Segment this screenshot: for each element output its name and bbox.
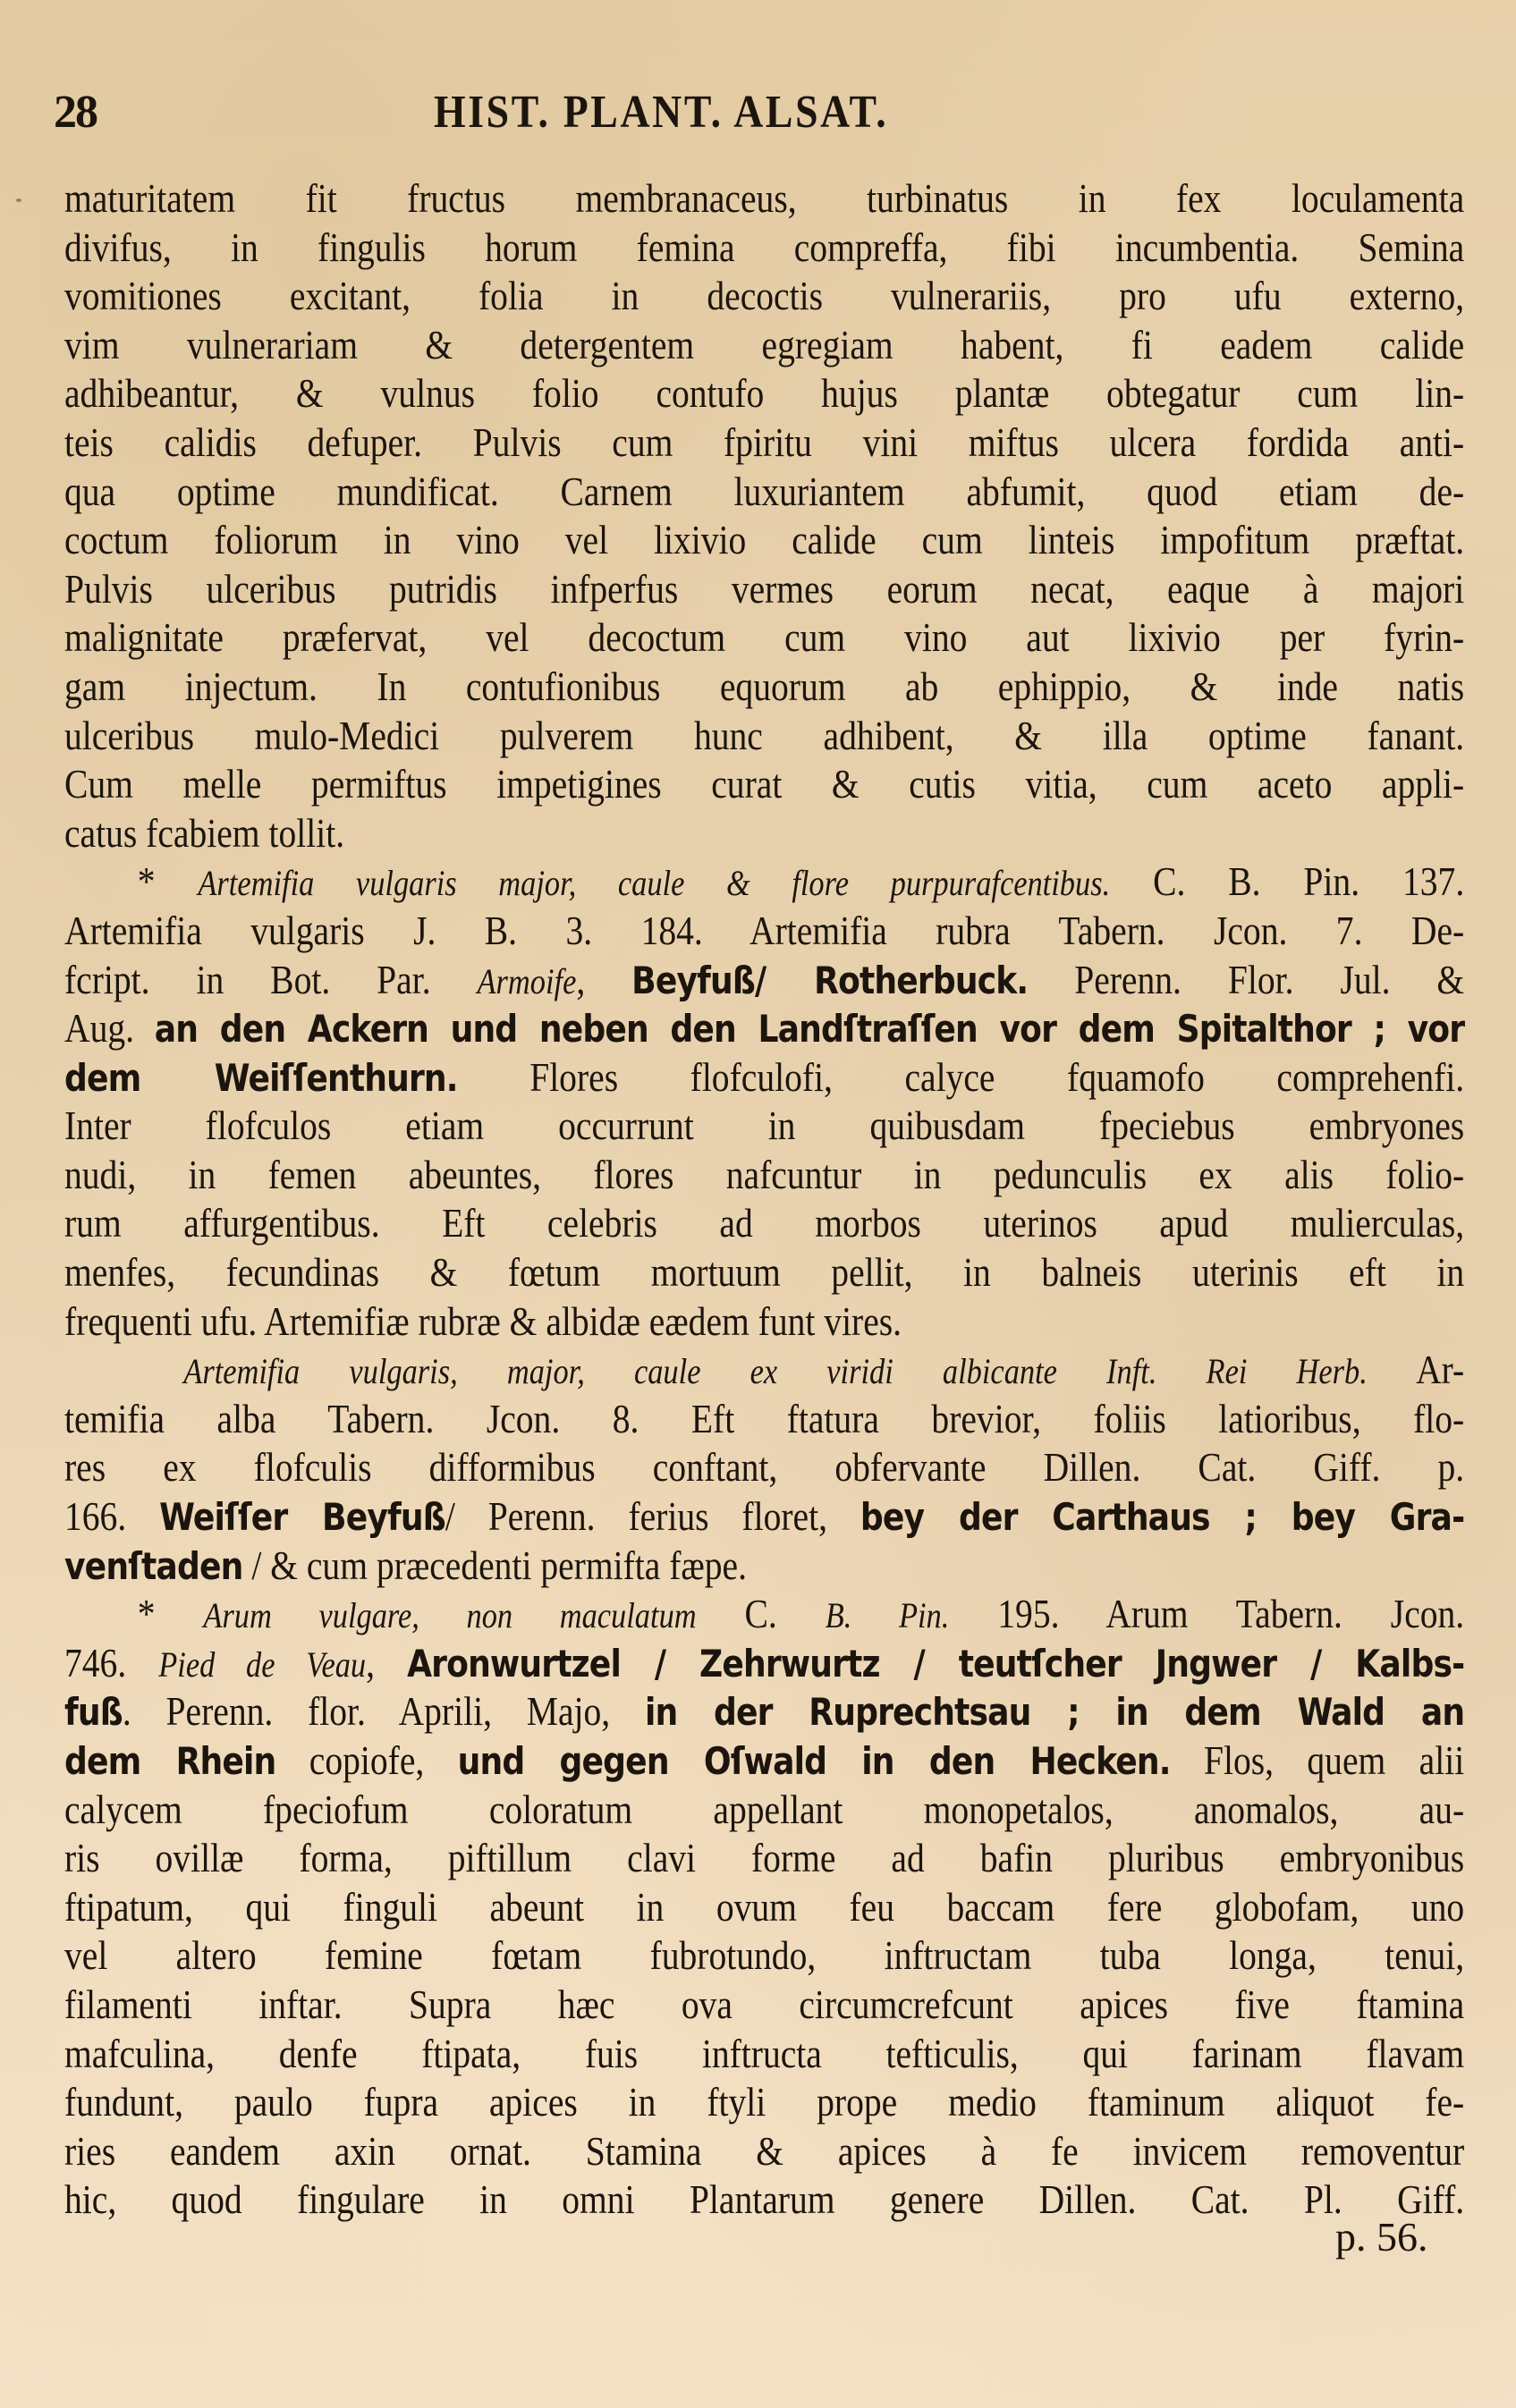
fraktur-segment: dem Weiſſenthurn.	[64, 1056, 458, 1100]
roman-segment: / Perenn. ferius floret,	[445, 1493, 860, 1539]
text-line: dem Rhein copiofe, und gegen Oſwald in d…	[64, 1736, 1464, 1786]
italic-segment: Pied de Veau	[158, 1644, 366, 1685]
text-line: vim vulnerariam & detergentem egregiam h…	[64, 321, 1464, 370]
roman-segment: Cum melle permiftus impetigines curat & …	[64, 761, 1464, 807]
italic-segment: B. Pin.	[826, 1595, 950, 1635]
roman-segment: C. B. Pin. 137.	[1110, 858, 1464, 904]
text-line: frequenti ufu. Artemifiæ rubræ & albidæ …	[64, 1297, 1464, 1347]
text-line: divifus, in fingulis horum femina compre…	[64, 224, 1464, 273]
text-line: mafculina, denfe ftipata, fuis inftructa…	[64, 2030, 1464, 2079]
roman-segment: calycem fpeciofum coloratum appellant mo…	[64, 1787, 1464, 1832]
italic-segment: Arum vulgare, non maculatum	[203, 1595, 696, 1635]
roman-segment: maturitatem fit fructus membranaceus, tu…	[64, 175, 1464, 221]
text-line: dem Weiſſenthurn. Flores flofculofi, cal…	[64, 1053, 1464, 1103]
roman-segment: ,	[366, 1640, 407, 1686]
text-line: * Arum vulgare, non maculatum C. B. Pin.…	[64, 1590, 1464, 1639]
roman-segment: vel altero femine fœtam fubrotundo, inft…	[64, 1932, 1464, 1978]
fraktur-segment: an den Ackern und neben den Landſtraſſen…	[155, 1007, 1464, 1051]
text-line: rum affurgentibus. Eft celebris ad morbo…	[64, 1199, 1464, 1248]
roman-segment: ries eandem axin ornat. Stamina & apices…	[64, 2128, 1464, 2174]
text-line: temifia alba Tabern. Jcon. 8. Eft ftatur…	[64, 1395, 1464, 1444]
roman-segment: filamenti inftar. Supra hæc ova circumcr…	[64, 1981, 1464, 2027]
roman-segment: vim vulnerariam & detergentem egregiam h…	[64, 322, 1464, 368]
text-line: Aug. an den Ackern und neben den Landſtr…	[64, 1004, 1464, 1053]
roman-segment: frequenti ufu. Artemifiæ rubræ & albidæ …	[64, 1298, 902, 1344]
text-line: maturitatem fit fructus membranaceus, tu…	[64, 174, 1464, 224]
text-line: vomitiones excitant, folia in decoctis v…	[64, 272, 1464, 321]
fraktur-segment: Aronwurtzel / Zehrwurtz / teutſcher Jngw…	[407, 1642, 1464, 1686]
roman-segment: Flores flofculofi, calyce fquamofo compr…	[458, 1054, 1465, 1100]
text-line: res ex flofculis difformibus conftant, o…	[64, 1443, 1464, 1492]
roman-segment: temifia alba Tabern. Jcon. 8. Eft ftatur…	[64, 1396, 1464, 1441]
text-line: teis calidis defuper. Pulvis cum fpiritu…	[64, 418, 1464, 468]
roman-segment: coctum foliorum in vino vel lixivio cali…	[64, 517, 1464, 562]
roman-segment: Aug.	[64, 1005, 155, 1051]
fraktur-segment: Weiſſer Beyfuß	[159, 1495, 445, 1539]
roman-segment: . Perenn. flor. Aprili, Majo,	[123, 1688, 645, 1734]
page-number: 28	[54, 86, 97, 139]
text-line: vel altero femine fœtam fubrotundo, inft…	[64, 1931, 1464, 1981]
roman-segment: 195. Arum Tabern. Jcon.	[949, 1591, 1464, 1636]
roman-segment: *	[138, 858, 199, 904]
italic-segment: Armoife	[478, 961, 577, 1001]
roman-segment: Artemifia vulgaris J. B. 3. 184. Artemif…	[64, 908, 1464, 953]
roman-segment: res ex flofculis difformibus conftant, o…	[64, 1444, 1464, 1490]
fraktur-segment: venſtaden	[64, 1544, 242, 1588]
roman-segment: Flos, quem alii	[1171, 1737, 1465, 1783]
roman-segment: divifus, in fingulis horum femina compre…	[64, 224, 1464, 270]
roman-segment: teis calidis defuper. Pulvis cum fpiritu…	[64, 419, 1464, 465]
running-title: HIST. PLANT. ALSAT.	[434, 86, 888, 139]
fraktur-segment: dem Rhein	[64, 1739, 275, 1783]
text-line: fcript. in Bot. Par. Armoife, Beyfuß/ Ro…	[64, 956, 1464, 1005]
roman-segment: catus fcabiem tollit.	[64, 810, 344, 856]
fraktur-segment: in der Ruprechtsau ; in dem Wald an	[645, 1690, 1464, 1734]
roman-segment: menfes, fecundinas & fœtum mortuum pelli…	[64, 1249, 1464, 1295]
text-line: fundunt, paulo fupra apices in ftyli pro…	[64, 2078, 1464, 2127]
roman-segment: gam injectum. In contufionibus equorum a…	[64, 663, 1464, 709]
text-line: Cum melle permiftus impetigines curat & …	[64, 760, 1464, 809]
text-line: * Artemifia vulgaris major, caule & flor…	[64, 858, 1464, 907]
text-line: ulceribus mulo-Medici pulverem hunc adhi…	[64, 712, 1464, 761]
roman-segment: 166.	[64, 1493, 159, 1539]
roman-segment: fcript. in Bot. Par.	[64, 957, 478, 1002]
catchword: p. 56.	[1335, 2213, 1428, 2260]
roman-segment: hic, quod fingulare in omni Plantarum ge…	[64, 2176, 1464, 2222]
margin-mark	[16, 199, 21, 202]
roman-segment: malignitate præfervat, vel decoctum cum …	[64, 614, 1464, 660]
text-line: calycem fpeciofum coloratum appellant mo…	[64, 1786, 1464, 1835]
text-line: ries eandem axin ornat. Stamina & apices…	[64, 2127, 1464, 2176]
text-line: coctum foliorum in vino vel lixivio cali…	[64, 516, 1464, 565]
text-line: fuß. Perenn. flor. Aprili, Majo, in der …	[64, 1687, 1464, 1736]
text-line: catus fcabiem tollit.	[64, 809, 1464, 858]
roman-segment: mafculina, denfe ftipata, fuis inftructa…	[64, 2031, 1464, 2076]
roman-segment: Inter flofculos etiam occurrunt in quibu…	[64, 1103, 1464, 1148]
fraktur-segment: bey der Carthaus ; bey Gra-	[860, 1495, 1464, 1539]
text-line: 166. Weiſſer Beyfuß/ Perenn. ferius flor…	[64, 1492, 1464, 1542]
roman-segment: Pulvis ulceribus putridis infperfus verm…	[64, 566, 1464, 612]
roman-segment: Ar-	[1368, 1347, 1464, 1392]
italic-segment: Artemifia vulgaris major, caule & flore …	[198, 863, 1110, 903]
roman-segment: ulceribus mulo-Medici pulverem hunc adhi…	[64, 713, 1464, 758]
fraktur-segment: Beyfuß/ Rotherbuck.	[631, 959, 1028, 1002]
roman-segment: fundunt, paulo fupra apices in ftyli pro…	[64, 2079, 1464, 2125]
roman-segment: *	[138, 1591, 204, 1636]
italic-segment: Artemifia vulgaris, major, caule ex viri…	[183, 1351, 1368, 1391]
text-line: Artemifia vulgaris, major, caule ex viri…	[64, 1346, 1464, 1395]
roman-segment: ,	[576, 957, 631, 1002]
text-line: nudi, in femen abeuntes, flores nafcuntu…	[64, 1151, 1464, 1200]
text-line: qua optime mundificat. Carnem luxuriante…	[64, 468, 1464, 517]
roman-segment: adhibeantur, & vulnus folio contufo huju…	[64, 370, 1464, 416]
text-line: venſtaden / & cum præcedenti permifta fæ…	[64, 1542, 1464, 1591]
roman-segment: copiofe,	[275, 1737, 457, 1783]
page-header: 28 HIST. PLANT. ALSAT.	[54, 86, 1467, 148]
text-line: 746. Pied de Veau, Aronwurtzel / Zehrwur…	[64, 1639, 1464, 1688]
body-text: maturitatem fit fructus membranaceus, tu…	[64, 174, 1467, 2225]
roman-segment: Perenn. Flor. Jul. &	[1028, 957, 1464, 1002]
text-line: malignitate præfervat, vel decoctum cum …	[64, 613, 1464, 663]
text-line: filamenti inftar. Supra hæc ova circumcr…	[64, 1981, 1464, 2030]
fraktur-segment: und gegen Oſwald in den Hecken.	[458, 1739, 1171, 1783]
roman-segment: 746.	[64, 1640, 158, 1686]
roman-segment: vomitiones excitant, folia in decoctis v…	[64, 273, 1464, 318]
roman-segment: ftipatum, qui finguli abeunt in ovum feu…	[64, 1884, 1464, 1930]
book-page: 28 HIST. PLANT. ALSAT. maturitatem fit f…	[0, 0, 1516, 2408]
text-line: ris ovillæ forma, piftillum clavi forme …	[64, 1834, 1464, 1883]
text-line: ftipatum, qui finguli abeunt in ovum feu…	[64, 1883, 1464, 1932]
text-line: hic, quod fingulare in omni Plantarum ge…	[64, 2176, 1464, 2225]
text-line: menfes, fecundinas & fœtum mortuum pelli…	[64, 1248, 1464, 1297]
roman-segment: / & cum præcedenti permifta fæpe.	[242, 1542, 747, 1588]
roman-segment: C.	[697, 1591, 826, 1636]
text-line: Inter flofculos etiam occurrunt in quibu…	[64, 1102, 1464, 1151]
text-line: adhibeantur, & vulnus folio contufo huju…	[64, 369, 1464, 418]
text-line: Artemifia vulgaris J. B. 3. 184. Artemif…	[64, 907, 1464, 956]
text-line: Pulvis ulceribus putridis infperfus verm…	[64, 565, 1464, 614]
roman-segment: ris ovillæ forma, piftillum clavi forme …	[64, 1835, 1464, 1880]
roman-segment: qua optime mundificat. Carnem luxuriante…	[64, 469, 1464, 514]
fraktur-segment: fuß	[64, 1690, 123, 1734]
roman-segment: rum affurgentibus. Eft celebris ad morbo…	[64, 1200, 1464, 1246]
roman-segment: nudi, in femen abeuntes, flores nafcuntu…	[64, 1152, 1464, 1197]
text-line: gam injectum. In contufionibus equorum a…	[64, 663, 1464, 712]
